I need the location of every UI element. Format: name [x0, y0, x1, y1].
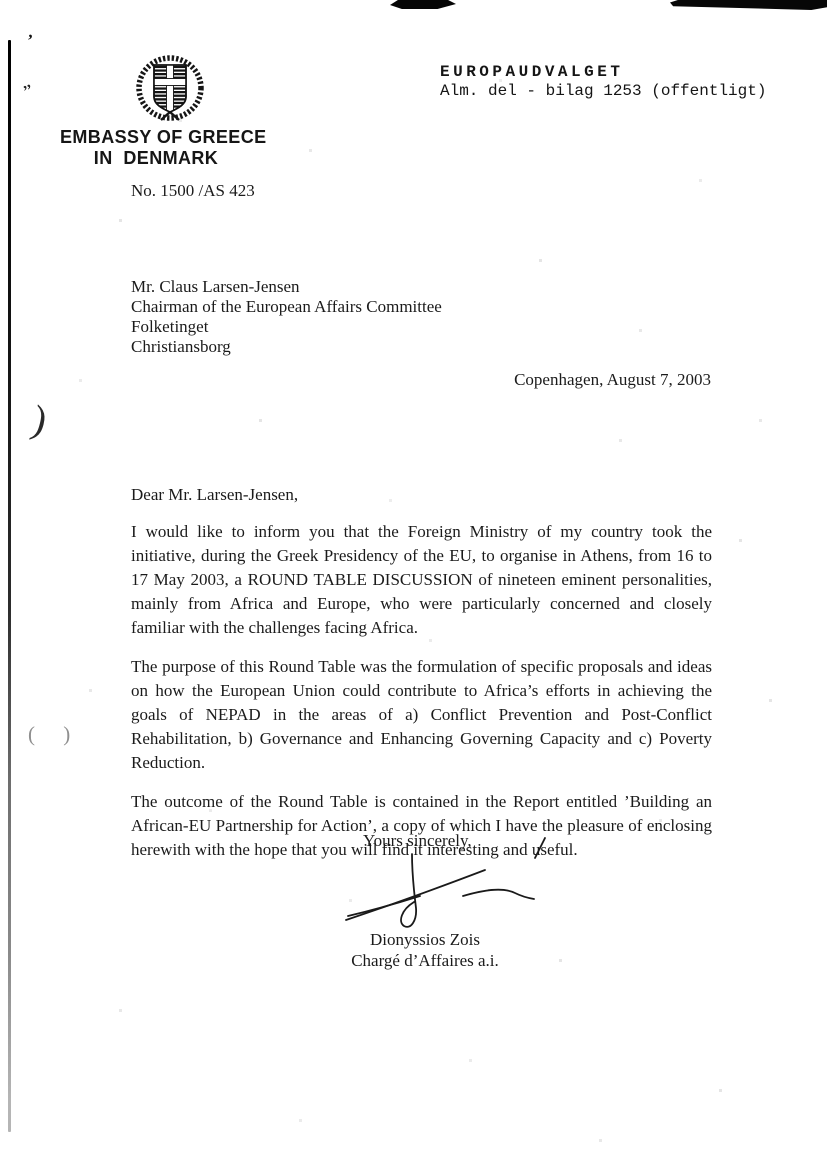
recipient-name: Mr. Claus Larsen-Jensen	[131, 277, 442, 297]
scan-artifact-pen-tick: ’	[26, 32, 33, 49]
letter-body: Dear Mr. Larsen-Jensen, I would like to …	[131, 485, 712, 877]
recipient-title: Chairman of the European Affairs Committ…	[131, 297, 442, 317]
recipient-address-block: Mr. Claus Larsen-Jensen Chairman of the …	[131, 277, 442, 357]
scan-artifact-top-blob	[390, 0, 456, 9]
signatory-block: Dionyssios Zois Chargé d’Affaires a.i.	[318, 929, 532, 971]
embassy-name-line1: EMBASSY OF GREECE	[60, 127, 252, 148]
stamp-document-reference: Alm. del - bilag 1253 (offentligt)	[440, 82, 766, 100]
signatory-name: Dionyssios Zois	[318, 929, 532, 950]
scan-noise-speckles	[0, 0, 1, 1]
scan-artifact-pen-tick: ’’	[22, 83, 35, 100]
handwritten-signature	[278, 830, 558, 940]
reference-number: No. 1500 /AS 423	[131, 181, 255, 201]
scan-artifact-margin-circle: ( )	[28, 724, 82, 745]
scan-artifact-top-bar	[670, 0, 827, 10]
pen-slash-mark	[535, 838, 545, 858]
dateline: Copenhagen, August 7, 2003	[131, 370, 711, 390]
body-paragraph-2: The purpose of this Round Table was the …	[131, 655, 712, 775]
letter-page: ’ ’’ ) ( ) EMBASSY OF GREECE IN DENMARK …	[0, 0, 827, 1163]
signatory-title: Chargé d’Affaires a.i.	[318, 950, 532, 971]
body-paragraph-1: I would like to inform you that the Fore…	[131, 520, 712, 640]
greece-coat-of-arms-emblem	[126, 55, 214, 125]
embassy-name-line2: IN DENMARK	[60, 148, 252, 169]
scan-artifact-margin-paren: )	[28, 399, 51, 441]
committee-stamp: EUROPAUDVALGET Alm. del - bilag 1253 (of…	[440, 63, 766, 100]
recipient-location: Christiansborg	[131, 337, 442, 357]
recipient-institution: Folketinget	[131, 317, 442, 337]
scan-artifact-left-edge-line	[8, 40, 11, 1132]
stamp-committee-name: EUROPAUDVALGET	[440, 63, 766, 81]
salutation: Dear Mr. Larsen-Jensen,	[131, 485, 712, 505]
